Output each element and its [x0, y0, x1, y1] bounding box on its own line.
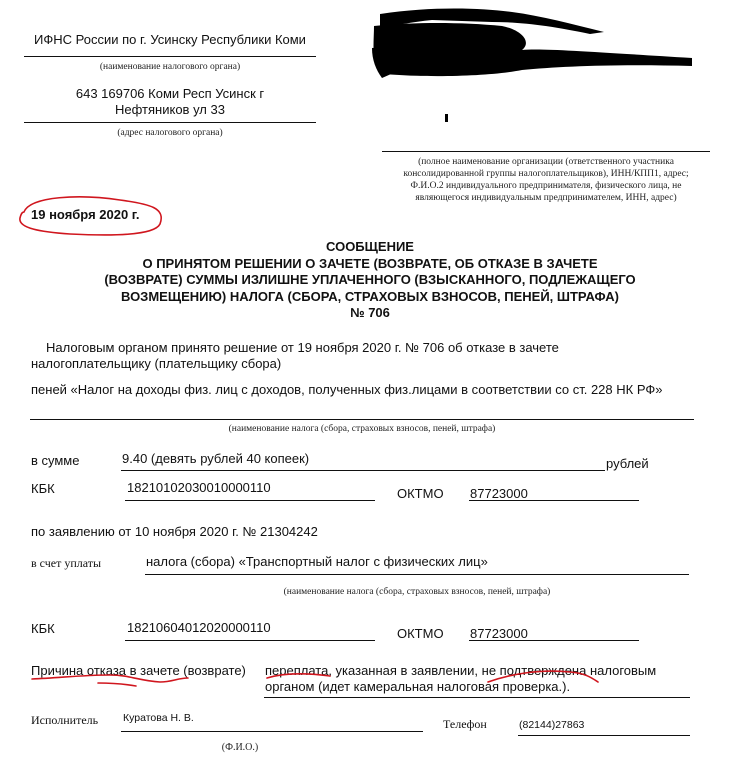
- amount-label: в сумме: [31, 453, 79, 468]
- reason-line1: переплата, указанная в заявлении, не под…: [265, 663, 656, 678]
- document-date: 19 ноября 2020 г.: [31, 207, 140, 222]
- title-line: СООБЩЕНИЕ: [40, 239, 700, 256]
- kbk-label: КБК: [31, 481, 55, 496]
- tax-name: пеней «Налог на доходы физ. лиц с доходо…: [31, 382, 662, 397]
- executor-line: [121, 731, 423, 732]
- recipient-caption-line: Ф.И.О.2 индивидуального предпринимателя,…: [380, 180, 712, 192]
- authority-address-line: [24, 122, 316, 123]
- amount-unit: рублей: [606, 456, 649, 471]
- reason-label: Причина отказа в зачете (возврате): [31, 663, 246, 678]
- tax-name-line: [30, 419, 694, 420]
- recipient-caption-line: консолидированной группы налогоплательщи…: [380, 168, 712, 180]
- payment-line: [145, 574, 689, 575]
- decision-text-line2: налогоплательщику (плательщику сбора): [31, 356, 281, 371]
- authority-address-line2: Нефтяников ул 33: [24, 102, 316, 117]
- authority-name: ИФНС России по г. Усинску Республики Ком…: [22, 32, 318, 47]
- amount-line: [121, 470, 605, 471]
- authority-address-caption: (адрес налогового органа): [24, 128, 316, 138]
- oktmo-line: [469, 500, 639, 501]
- oktmo2-line: [469, 640, 639, 641]
- authority-name-line: [24, 56, 316, 57]
- payment-caption: (наименование налога (сбора, страховых в…: [145, 587, 689, 597]
- recipient-caption-line: (полное наименование организации (ответс…: [380, 156, 712, 168]
- payment-value: налога (сбора) «Транспортный налог с физ…: [146, 554, 488, 569]
- reason-underline: [264, 697, 690, 698]
- kbk-line: [125, 500, 375, 501]
- authority-address-line1: 643 169706 Коми Респ Усинск г: [24, 86, 316, 101]
- redaction-mark: [445, 114, 448, 122]
- executor-value: Куратова Н. В.: [123, 712, 194, 724]
- oktmo-value: 87723000: [470, 486, 528, 501]
- tax-name-caption: (наименование налога (сбора, страховых в…: [30, 424, 694, 434]
- kbk-value: 18210102030010000110: [127, 480, 271, 495]
- authority-name-caption: (наименование налогового органа): [24, 62, 316, 72]
- document-title: СООБЩЕНИЕ О ПРИНЯТОМ РЕШЕНИИ О ЗАЧЕТЕ (В…: [40, 239, 700, 322]
- title-line: ВОЗМЕЩЕНИЮ) НАЛОГА (СБОРА, СТРАХОВЫХ ВЗН…: [40, 289, 700, 306]
- kbk2-line: [125, 640, 375, 641]
- application-text: по заявлению от 10 ноября 2020 г. № 2130…: [31, 524, 318, 539]
- phone-value: (82144)27863: [519, 719, 584, 731]
- oktmo2-value: 87723000: [470, 626, 528, 641]
- amount-value: 9.40 (девять рублей 40 копеек): [122, 451, 309, 466]
- executor-caption: (Ф.И.О.): [200, 742, 280, 753]
- phone-line: [518, 735, 690, 736]
- payment-label: в счет уплаты: [31, 556, 101, 571]
- oktmo2-label: ОКТМО: [397, 626, 444, 641]
- title-line: (ВОЗВРАТЕ) СУММЫ ИЗЛИШНЕ УПЛАЧЕННОГО (ВЗ…: [40, 272, 700, 289]
- oktmo-label: ОКТМО: [397, 486, 444, 501]
- decision-text-line1: Налоговым органом принято решение от 19 …: [46, 340, 559, 355]
- executor-label: Исполнитель: [31, 713, 98, 728]
- document-number: № 706: [40, 305, 700, 322]
- kbk2-label: КБК: [31, 621, 55, 636]
- recipient-line: [382, 151, 710, 152]
- recipient-redaction: [372, 4, 692, 84]
- phone-label: Телефон: [443, 717, 487, 732]
- recipient-caption-line: являющегося индивидуальным предпринимате…: [380, 192, 712, 204]
- reason-label-underline2-icon: [98, 683, 136, 686]
- kbk2-value: 18210604012020000110: [127, 620, 271, 635]
- title-line: О ПРИНЯТОМ РЕШЕНИИ О ЗАЧЕТЕ (ВОЗВРАТЕ, О…: [40, 256, 700, 273]
- reason-line2: органом (идет камеральная налоговая пров…: [265, 679, 570, 694]
- recipient-caption: (полное наименование организации (ответс…: [380, 156, 712, 204]
